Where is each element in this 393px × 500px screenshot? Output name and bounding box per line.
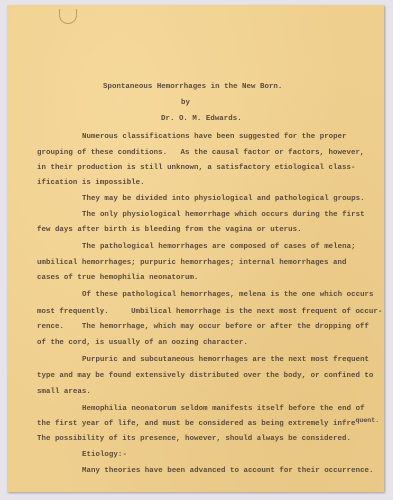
document-title: Spontaneous Hemorrhages in the New Born. <box>103 82 282 92</box>
text-line: in their production is still unknown, a … <box>37 163 355 173</box>
text-line: rence. The hemorrhage, which may occur b… <box>37 322 369 332</box>
text-line: They may be divided into physiological a… <box>82 194 365 204</box>
text-line: Hemophilia neonatorum seldom manifests i… <box>82 404 365 414</box>
text-line: of the cord, is usually of an oozing cha… <box>37 338 248 348</box>
document-page: Spontaneous Hemorrhages in the New Born.… <box>7 5 384 492</box>
text-line: few days after birth is bleeding from th… <box>37 225 302 235</box>
text-line: ification is impossible. <box>37 178 145 188</box>
text-line: Many theories have been advanced to acco… <box>82 466 374 476</box>
text-line-main: the first year of life, and must be cons… <box>37 420 355 428</box>
text-line: The possibility of its presence, however… <box>37 434 351 444</box>
text-line: Purpuric and subcutaneous hemorrhages ar… <box>82 355 369 365</box>
text-line: Numerous classifications have been sugge… <box>82 132 347 142</box>
text-line: the first year of life, and must be cons… <box>37 419 379 429</box>
text-line: type and may be found extensively distri… <box>37 371 373 381</box>
text-line: small areas. <box>37 387 91 397</box>
section-heading-etiology: Etiology:- <box>82 450 127 460</box>
text-line: The only physiological hemorrhage which … <box>82 210 365 220</box>
text-line: most frequently. Umbilical hemorrhage is… <box>37 307 382 317</box>
superscript-continuation: quent. <box>355 417 379 424</box>
text-line: The pathological hemorrhages are compose… <box>82 242 356 252</box>
text-line: Of these pathological hemorrhages, melen… <box>82 290 374 300</box>
text-line: umbilical hemorrhages; purpuric hemorrha… <box>37 258 346 268</box>
text-line: grouping of these conditions. As the cau… <box>37 148 364 158</box>
byline: by <box>181 98 190 108</box>
author: Dr. O. M. Edwards. <box>161 114 242 124</box>
text-line: cases of true hemophilia neonatorum. <box>37 273 198 283</box>
typed-text: Spontaneous Hemorrhages in the New Born.… <box>7 5 384 492</box>
